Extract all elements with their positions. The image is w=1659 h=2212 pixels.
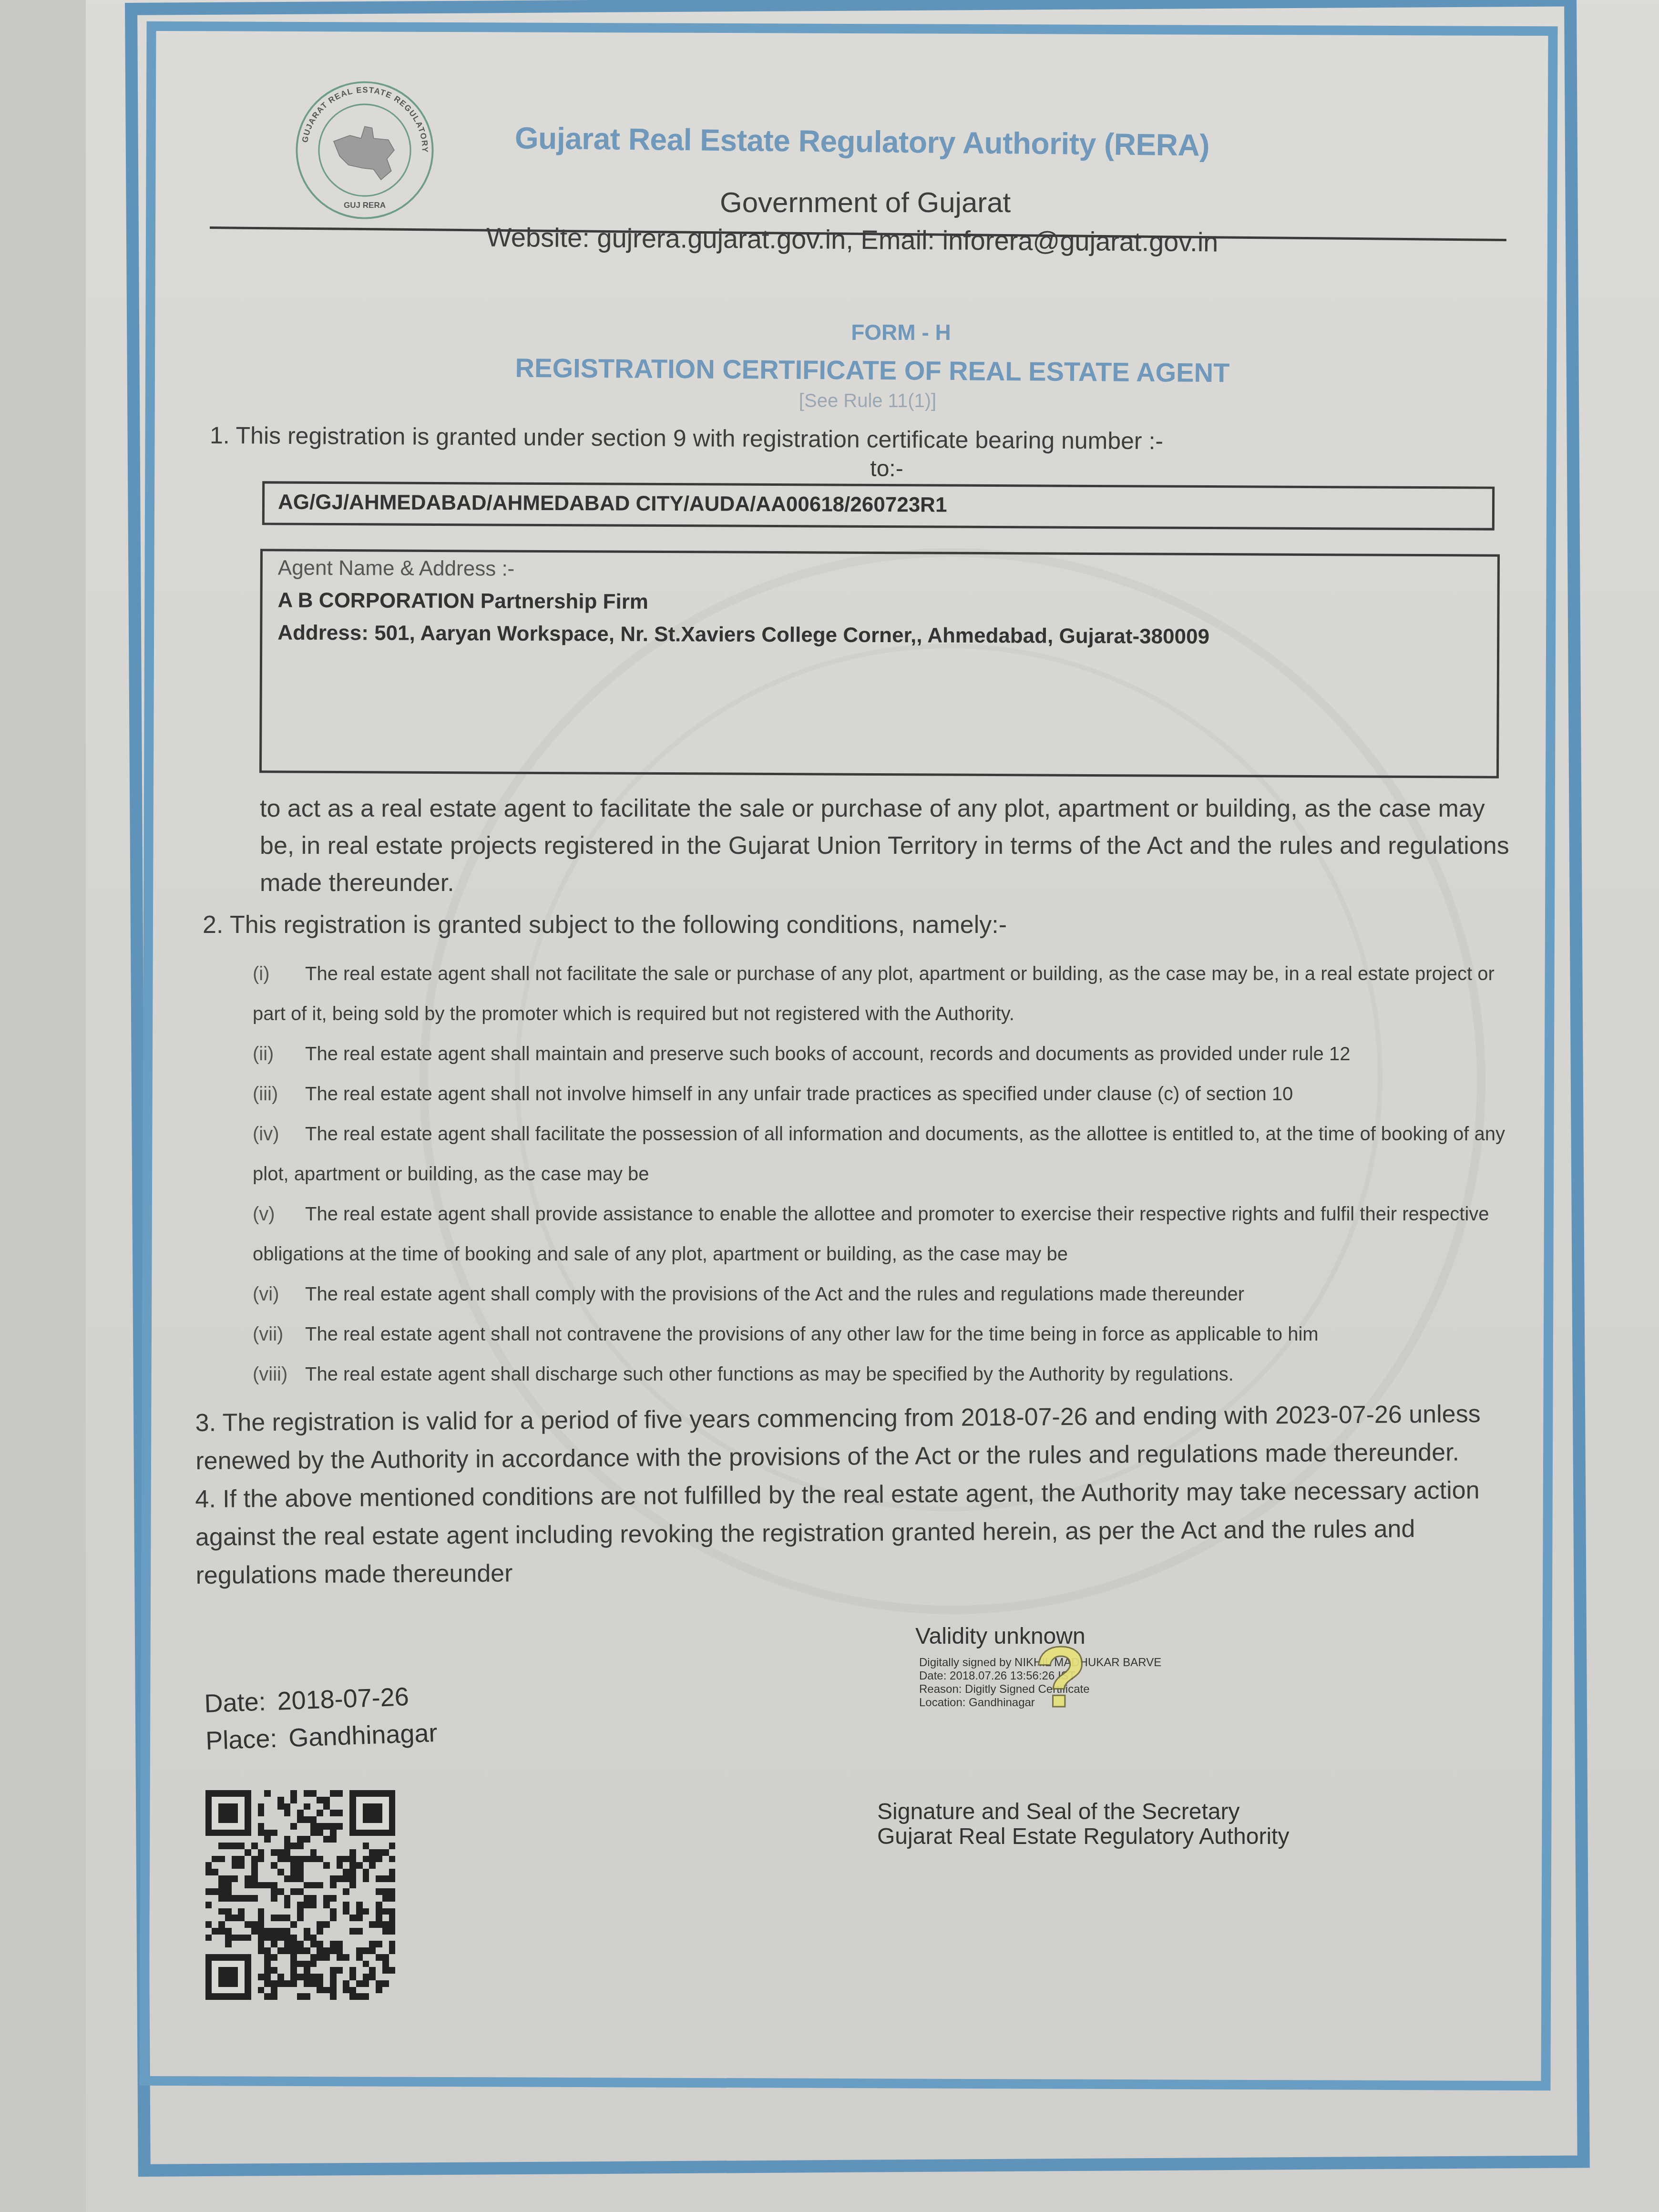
condition-item: (vii)The real estate agent shall not con… <box>253 1314 1521 1354</box>
registration-number-box: AG/GJ/AHMEDABAD/AHMEDABAD CITY/AUDA/AA00… <box>262 481 1495 530</box>
condition-text: The real estate agent shall not contrave… <box>305 1324 1319 1345</box>
condition-text: The real estate agent shall maintain and… <box>305 1044 1350 1065</box>
qr-code-icon <box>205 1790 396 2000</box>
rera-seal-logo-icon: GUJARAT REAL ESTATE REGULATORY AUTHORITY… <box>291 76 439 224</box>
condition-number: (v) <box>253 1194 305 1234</box>
date-label: Date: <box>204 1688 266 1718</box>
conditions-list: (i)The real estate agent shall not facil… <box>253 954 1521 1394</box>
condition-text: The real estate agent shall facilitate t… <box>253 1124 1505 1185</box>
condition-text: The real estate agent shall not involve … <box>305 1084 1293 1105</box>
signature-caption: Signature and Seal of the Secretary Guja… <box>877 1800 1289 1849</box>
clause-1-continuation: to act as a real estate agent to facilit… <box>260 790 1518 901</box>
date-value: 2018-07-26 <box>277 1682 410 1716</box>
condition-number: (viii) <box>253 1354 305 1394</box>
signature-date: Date: 2018.07.26 13:56:26 IST <box>919 1669 1344 1683</box>
condition-text: The real estate agent shall discharge su… <box>305 1364 1234 1385</box>
clause-3-text: 3. The registration is valid for a perio… <box>195 1395 1521 1480</box>
signature-location: Location: Gandhinagar <box>919 1696 1344 1710</box>
clause-1-text: 1. This registration is granted under se… <box>210 417 1526 462</box>
place-label: Place: <box>205 1724 277 1755</box>
condition-text: The real estate agent shall not facilita… <box>253 963 1495 1024</box>
agent-name: A B CORPORATION Partnership Firm <box>277 588 1482 617</box>
agent-label: Agent Name & Address :- <box>278 556 1482 585</box>
condition-item: (viii)The real estate agent shall discha… <box>253 1354 1521 1394</box>
certificate-footer: Date:2018-07-26 Place:Gandhinagar Validi… <box>191 1623 1526 2005</box>
signature-caption-line-1: Signature and Seal of the Secretary <box>877 1800 1289 1824</box>
clause-4-text: 4. If the above mentioned conditions are… <box>195 1471 1521 1595</box>
condition-number: (i) <box>253 954 305 994</box>
agent-address: Address: 501, Aaryan Workspace, Nr. St.X… <box>277 621 1482 650</box>
question-mark-icon: ? <box>1034 1628 1087 1727</box>
condition-number: (ii) <box>253 1034 305 1074</box>
digital-signature-block: Validity unknown ? Digitally signed by N… <box>915 1623 1344 1710</box>
rule-reference: [See Rule 11(1)] <box>210 390 1526 412</box>
condition-item: (iv)The real estate agent shall facilita… <box>253 1114 1521 1194</box>
form-heading: FORM - H REGISTRATION CERTIFICATE OF REA… <box>191 319 1526 412</box>
condition-item: (ii)The real estate agent shall maintain… <box>253 1034 1521 1074</box>
condition-number: (iii) <box>253 1074 305 1114</box>
condition-text: The real estate agent shall provide assi… <box>253 1204 1489 1265</box>
condition-number: (vii) <box>253 1314 305 1354</box>
letterhead: GUJARAT REAL ESTATE REGULATORY AUTHORITY… <box>191 67 1526 272</box>
date-place-block: Date:2018-07-26 Place:Gandhinagar <box>204 1677 438 1760</box>
signed-by: Digitally signed by NIKHIL MADHUKAR BARV… <box>919 1656 1344 1669</box>
condition-item: (vi)The real estate agent shall comply w… <box>253 1274 1521 1314</box>
form-label: FORM - H <box>276 319 1526 345</box>
signature-details: Digitally signed by NIKHIL MADHUKAR BARV… <box>919 1656 1344 1710</box>
place-value: Gandhinagar <box>288 1719 438 1752</box>
condition-number: (iv) <box>253 1114 305 1154</box>
signature-reason: Reason: Digitly Signed Certificate <box>919 1683 1344 1696</box>
organization-title: Gujarat Real Estate Regulatory Authority… <box>515 120 1210 163</box>
agent-details-box: Agent Name & Address :- A B CORPORATION … <box>259 549 1500 778</box>
certificate-content: GUJARAT REAL ESTATE REGULATORY AUTHORITY… <box>191 67 1526 2005</box>
place-row: Place:Gandhinagar <box>205 1714 438 1760</box>
svg-text:GUJ RERA: GUJ RERA <box>344 201 386 210</box>
certificate-title: REGISTRATION CERTIFICATE OF REAL ESTATE … <box>219 350 1526 390</box>
condition-item: (i)The real estate agent shall not facil… <box>253 954 1521 1034</box>
clause-2-text: 2. This registration is granted subject … <box>203 906 1526 943</box>
condition-number: (vi) <box>253 1274 305 1314</box>
signature-validity-status: Validity unknown <box>915 1623 1344 1649</box>
government-title: Government of Gujarat <box>720 186 1011 219</box>
condition-item: (v)The real estate agent shall provide a… <box>253 1194 1521 1274</box>
condition-item: (iii)The real estate agent shall not inv… <box>253 1074 1521 1114</box>
condition-text: The real estate agent shall comply with … <box>305 1284 1244 1305</box>
contact-line: Website: gujrera.gujarat.gov.in, Email: … <box>486 222 1219 258</box>
signature-caption-line-2: Gujarat Real Estate Regulatory Authority <box>877 1824 1289 1849</box>
